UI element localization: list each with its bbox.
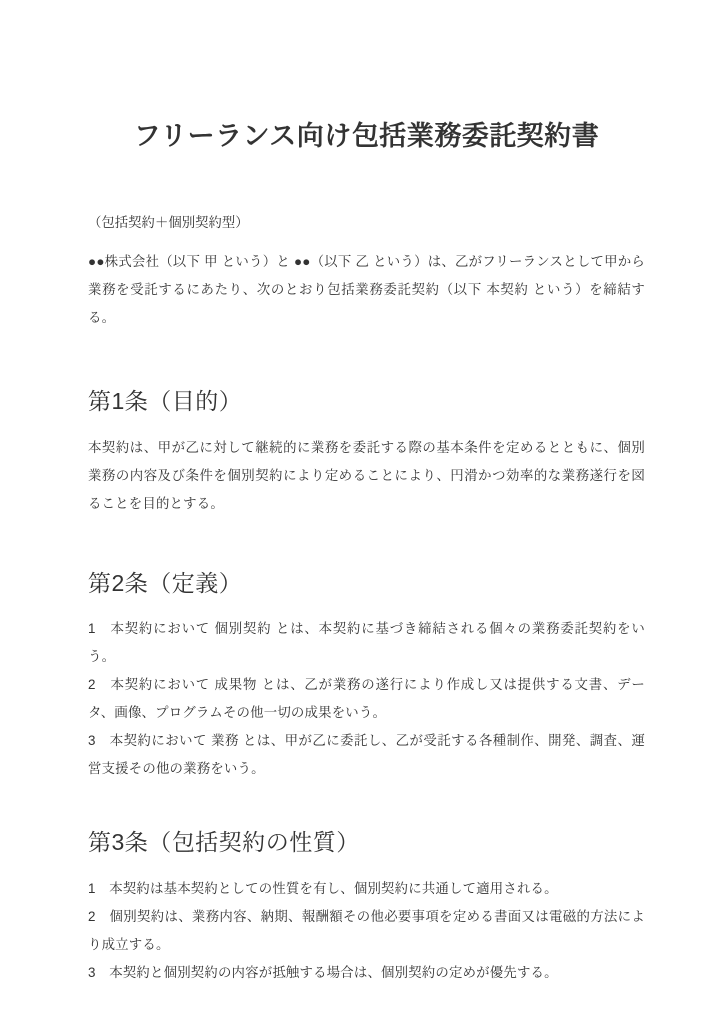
article-1-paragraph: 本契約は、甲が乙に対して継続的に業務を委託する際の基本条件を定めるとともに、個別… <box>88 434 645 518</box>
article-2-heading: 第2条（定義） <box>88 567 645 599</box>
article-3-clause-3: 3 本契約と個別契約の内容が抵触する場合は、個別契約の定めが優先する。 <box>88 959 645 987</box>
preamble-paragraph: ●●株式会社（以下 甲 という）と ●●（以下 乙 という）は、乙がフリーランス… <box>88 248 645 332</box>
article-2-clause-2: 2 本契約において 成果物 とは、乙が業務の遂行により作成し又は提供する文書、デ… <box>88 671 645 727</box>
article-2-clause-3: 3 本契約において 業務 とは、甲が乙に委託し、乙が受託する各種制作、開発、調査… <box>88 727 645 783</box>
document-title: フリーランス向け包括業務委託契約書 <box>88 116 645 156</box>
contract-document-page: フリーランス向け包括業務委託契約書 （包括契約＋個別契約型） ●●株式会社（以下… <box>0 0 724 1024</box>
article-2-clause-1: 1 本契約において 個別契約 とは、本契約に基づき締結される個々の業務委託契約を… <box>88 615 645 671</box>
article-3-heading: 第3条（包括契約の性質） <box>88 826 645 858</box>
article-3-clause-1: 1 本契約は基本契約としての性質を有し、個別契約に共通して適用される。 <box>88 875 645 903</box>
contract-type-note: （包括契約＋個別契約型） <box>88 209 645 237</box>
article-3-clauses: 1 本契約は基本契約としての性質を有し、個別契約に共通して適用される。 2 個別… <box>88 875 645 987</box>
article-1-heading: 第1条（目的） <box>88 385 645 417</box>
article-2-clauses: 1 本契約において 個別契約 とは、本契約に基づき締結される個々の業務委託契約を… <box>88 615 645 783</box>
article-3-clause-2: 2 個別契約は、業務内容、納期、報酬額その他必要事項を定める書面又は電磁的方法に… <box>88 903 645 959</box>
